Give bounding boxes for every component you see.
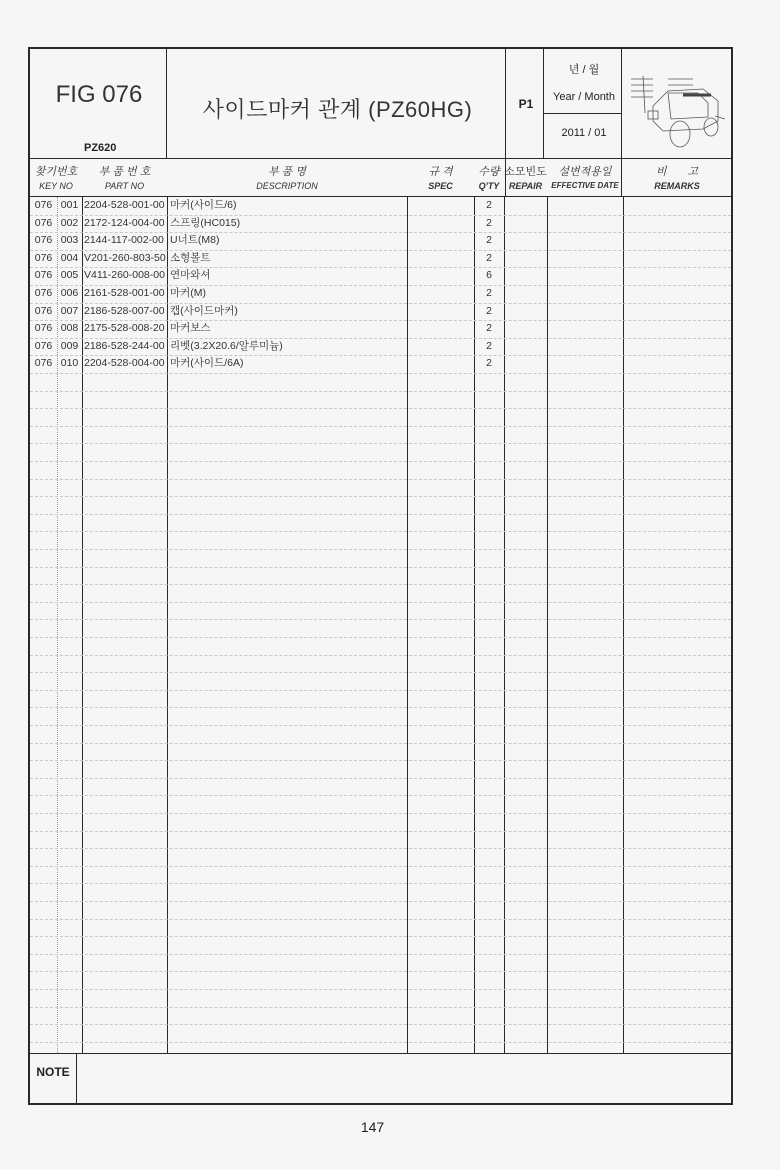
- cell-remarks: [623, 320, 734, 338]
- empty-row: [30, 883, 731, 901]
- empty-row: [30, 936, 731, 954]
- cell-part-no: 2172-124-004-00: [82, 215, 169, 233]
- cell-fig: 076: [30, 232, 57, 250]
- cell-qty: 2: [474, 355, 504, 373]
- empty-row: [30, 919, 731, 937]
- cell-qty: 2: [474, 285, 504, 303]
- fig-box: FIG 076 PZ620: [30, 49, 168, 159]
- cell-effective-date: [547, 267, 623, 285]
- empty-row: [30, 391, 731, 409]
- date-value: 2011 / 01: [545, 127, 623, 139]
- cell-effective-date: [547, 232, 623, 250]
- cell-part-no: 2161-528-001-00: [82, 285, 169, 303]
- cell-key: 007: [57, 303, 82, 321]
- table-row: 0760072186-528-007-00캡(사이드마커)2: [30, 303, 731, 321]
- illustration-box: [623, 51, 729, 157]
- cell-key: 003: [57, 232, 82, 250]
- empty-row: [30, 848, 731, 866]
- table-row: 0760082175-528-008-20마커보스2: [30, 320, 731, 338]
- cell-description: U너트(M8): [167, 232, 410, 250]
- cell-remarks: [623, 232, 734, 250]
- cell-description: 스프링(HC015): [167, 215, 410, 233]
- cell-repair: [504, 250, 547, 268]
- cell-fig: 076: [30, 285, 57, 303]
- empty-row: [30, 707, 731, 725]
- date-label-kr: 년 / 월: [545, 61, 623, 77]
- parts-list-sheet: FIG 076 PZ620 사이드마커 관계 (PZ60HG) P1 년 / 월…: [28, 47, 733, 1105]
- cell-description: 마커(사이드/6A): [167, 355, 410, 373]
- empty-row: [30, 408, 731, 426]
- empty-row: [30, 514, 731, 532]
- cell-spec: [407, 355, 474, 373]
- empty-row: [30, 426, 731, 444]
- model-code: PZ620: [84, 142, 116, 154]
- empty-row: [30, 479, 731, 497]
- empty-row: [30, 795, 731, 813]
- cell-repair: [504, 197, 547, 215]
- cell-part-no: 2186-528-007-00: [82, 303, 169, 321]
- cell-key: 005: [57, 267, 82, 285]
- cell-spec: [407, 303, 474, 321]
- cell-fig: 076: [30, 215, 57, 233]
- cell-description: 마커(M): [167, 285, 410, 303]
- cell-repair: [504, 215, 547, 233]
- empty-row: [30, 760, 731, 778]
- cell-spec: [407, 197, 474, 215]
- cell-key: 008: [57, 320, 82, 338]
- cell-effective-date: [547, 285, 623, 303]
- note-label: NOTE: [30, 1065, 76, 1079]
- cell-remarks: [623, 355, 734, 373]
- col-key-no-en: KEY NO: [30, 181, 82, 191]
- col-qty-kr: 수량: [474, 163, 504, 179]
- cell-part-no: 2204-528-004-00: [82, 355, 169, 373]
- table-row: 0760062161-528-001-00마커(M)2: [30, 285, 731, 303]
- empty-row: [30, 831, 731, 849]
- cell-qty: 2: [474, 338, 504, 356]
- empty-row: [30, 637, 731, 655]
- col-key-no-kr: 찾기번호: [30, 163, 82, 179]
- table-row: 076005V411-260-008-00연마와셔6: [30, 267, 731, 285]
- cell-fig: 076: [30, 303, 57, 321]
- cell-description: 리벳(3.2X20.6/알루미늄): [167, 338, 410, 356]
- rice-transplanter-illustration-icon: [623, 51, 729, 157]
- cell-qty: 2: [474, 250, 504, 268]
- cell-repair: [504, 320, 547, 338]
- cell-fig: 076: [30, 267, 57, 285]
- cell-key: 002: [57, 215, 82, 233]
- table-row: 0760092186-528-244-00리벳(3.2X20.6/알루미늄)2: [30, 338, 731, 356]
- cell-remarks: [623, 338, 734, 356]
- cell-fig: 076: [30, 355, 57, 373]
- table-row: 0760012204-528-001-00마커(사이드/6)2: [30, 197, 731, 215]
- cell-key: 006: [57, 285, 82, 303]
- page-code: P1: [507, 97, 545, 111]
- cell-spec: [407, 267, 474, 285]
- cell-remarks: [623, 285, 734, 303]
- cell-effective-date: [547, 197, 623, 215]
- cell-spec: [407, 285, 474, 303]
- empty-row: [30, 1024, 731, 1042]
- col-remarks-en: REMARKS: [623, 181, 731, 191]
- cell-fig: 076: [30, 338, 57, 356]
- cell-effective-date: [547, 250, 623, 268]
- cell-spec: [407, 215, 474, 233]
- empty-row: [30, 461, 731, 479]
- col-remarks-kr: 비 고: [623, 163, 731, 179]
- cell-remarks: [623, 215, 734, 233]
- empty-row: [30, 954, 731, 972]
- col-repair-kr: 소모빈도: [504, 163, 547, 179]
- empty-row: [30, 989, 731, 1007]
- cell-repair: [504, 303, 547, 321]
- col-spec-kr: 규 격: [407, 163, 474, 179]
- empty-row: [30, 725, 731, 743]
- fig-number: FIG 076: [30, 81, 168, 109]
- empty-row: [30, 443, 731, 461]
- cell-spec: [407, 338, 474, 356]
- page-number: 147: [0, 1119, 745, 1135]
- col-description-kr: 부 품 명: [167, 163, 407, 179]
- col-effective-date-en: EFFECTIVE DATE: [547, 181, 623, 190]
- cell-part-no: 2204-528-001-00: [82, 197, 169, 215]
- empty-row: [30, 866, 731, 884]
- col-effective-date-kr: 설변적용일: [547, 163, 623, 179]
- cell-repair: [504, 232, 547, 250]
- col-description-en: DESCRIPTION: [167, 181, 407, 191]
- date-label-en: Year / Month: [545, 91, 623, 103]
- cell-part-no: 2175-528-008-20: [82, 320, 169, 338]
- empty-row: [30, 602, 731, 620]
- empty-row: [30, 672, 731, 690]
- cell-fig: 076: [30, 250, 57, 268]
- cell-qty: 6: [474, 267, 504, 285]
- cell-remarks: [623, 197, 734, 215]
- col-part-no-kr: 부 품 번 호: [82, 163, 167, 179]
- cell-spec: [407, 320, 474, 338]
- cell-key: 004: [57, 250, 82, 268]
- cell-effective-date: [547, 320, 623, 338]
- table-row: 0760022172-124-004-00스프링(HC015)2: [30, 215, 731, 233]
- page-title: 사이드마커 관계 (PZ60HG): [168, 93, 507, 124]
- empty-row: [30, 496, 731, 514]
- cell-description: 캡(사이드마커): [167, 303, 410, 321]
- cell-repair: [504, 338, 547, 356]
- col-part-no-en: PART NO: [82, 181, 167, 191]
- cell-repair: [504, 285, 547, 303]
- cell-part-no: 2144-117-002-00: [82, 232, 169, 250]
- cell-qty: 2: [474, 232, 504, 250]
- empty-row: [30, 778, 731, 796]
- empty-row: [30, 567, 731, 585]
- cell-part-no: 2186-528-244-00: [82, 338, 169, 356]
- cell-description: 연마와셔: [167, 267, 410, 285]
- col-qty-en: Q'TY: [474, 181, 504, 191]
- cell-description: 소형볼트: [167, 250, 410, 268]
- empty-row: [30, 549, 731, 567]
- empty-row: [30, 743, 731, 761]
- cell-qty: 2: [474, 303, 504, 321]
- table-row: 0760032144-117-002-00U너트(M8)2: [30, 232, 731, 250]
- cell-qty: 2: [474, 197, 504, 215]
- empty-row: [30, 531, 731, 549]
- cell-repair: [504, 355, 547, 373]
- cell-effective-date: [547, 215, 623, 233]
- cell-spec: [407, 232, 474, 250]
- cell-part-no: V201-260-803-50: [82, 250, 169, 268]
- col-repair-en: REPAIR: [504, 181, 547, 191]
- cell-description: 마커보스: [167, 320, 410, 338]
- table-row: 076004V201-260-803-50소형볼트2: [30, 250, 731, 268]
- cell-part-no: V411-260-008-00: [82, 267, 169, 285]
- cell-fig: 076: [30, 197, 57, 215]
- parts-table: 0760012204-528-001-00마커(사이드/6)2076002217…: [30, 197, 731, 1053]
- empty-row: [30, 901, 731, 919]
- cell-remarks: [623, 250, 734, 268]
- empty-row: [30, 373, 731, 391]
- empty-row: [30, 813, 731, 831]
- cell-fig: 076: [30, 320, 57, 338]
- cell-effective-date: [547, 338, 623, 356]
- table-row: 0760102204-528-004-00마커(사이드/6A)2: [30, 355, 731, 373]
- cell-qty: 2: [474, 215, 504, 233]
- cell-key: 001: [57, 197, 82, 215]
- cell-effective-date: [547, 355, 623, 373]
- empty-row: [30, 619, 731, 637]
- cell-remarks: [623, 267, 734, 285]
- empty-row: [30, 690, 731, 708]
- cell-remarks: [623, 303, 734, 321]
- empty-row: [30, 655, 731, 673]
- empty-row: [30, 1007, 731, 1025]
- empty-row: [30, 584, 731, 602]
- col-spec-en: SPEC: [407, 181, 474, 191]
- cell-spec: [407, 250, 474, 268]
- cell-key: 010: [57, 355, 82, 373]
- cell-qty: 2: [474, 320, 504, 338]
- cell-key: 009: [57, 338, 82, 356]
- cell-repair: [504, 267, 547, 285]
- cell-effective-date: [547, 303, 623, 321]
- cell-description: 마커(사이드/6): [167, 197, 410, 215]
- empty-row: [30, 971, 731, 989]
